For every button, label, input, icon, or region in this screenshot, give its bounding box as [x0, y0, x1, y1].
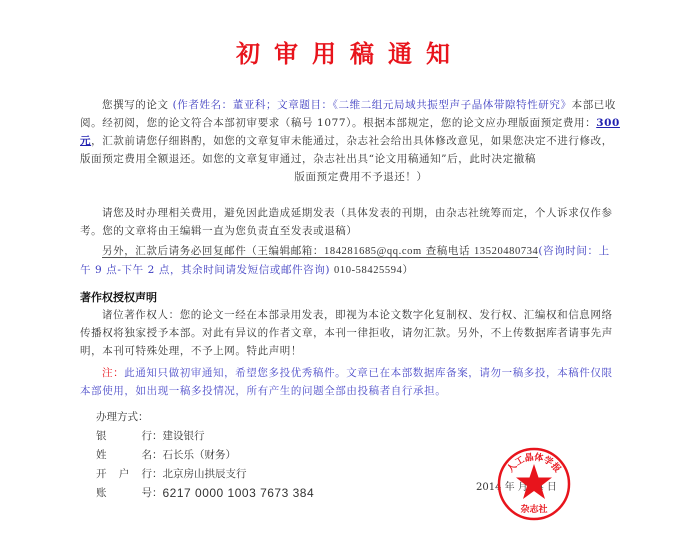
landline: 010-58425594）: [334, 265, 414, 276]
paragraph-contact: 另外，汇款后请务必回复邮件（王编辑邮箱：184281685@qq.com 查稿电…: [80, 242, 620, 280]
note-paragraph: 注：此通知只做初审通知，希望您多投优秀稿件。文章已在本部数据库备案，请勿一稿多投…: [80, 364, 620, 400]
account-holder: 石长乐（财务）: [163, 446, 237, 465]
phone-label: 查稿电话: [426, 245, 470, 257]
seal-bottom-text: 杂志社: [520, 503, 547, 515]
copyright-heading: 著作权授权声明: [80, 289, 157, 305]
paragraph-acceptance: 您撰写的论文 (作者姓名：董亚科；文章题目：《二维二组元局域共振型声子晶体带隙特…: [80, 96, 620, 186]
phone-number: 13520480734: [474, 246, 538, 257]
payment-heading: 办理方式：: [96, 408, 314, 427]
official-seal-icon: 人工晶体学报 杂志社: [496, 446, 572, 522]
note-body: 此通知只做初审通知，希望您多投优秀稿件。文章已在本部数据库备案，请勿一稿多投，本…: [80, 367, 613, 397]
payment-key: 姓名: [96, 446, 152, 465]
page-title: 初审用稿通知: [0, 34, 700, 69]
contact-lead: 另外，汇款后请务必回复邮件（王编辑邮箱：: [102, 245, 324, 257]
payment-row-account: 账号：6217 0000 1003 7673 384: [96, 484, 314, 503]
payment-key: 开户行: [96, 465, 152, 484]
payment-row-name: 姓名：石长乐（财务）: [96, 446, 314, 465]
bank-name: 建设银行: [163, 427, 205, 446]
para1-fee-terms: ，汇款前请您仔细斟酌，如您的文章复审未能通过，杂志社会给出具体修改意见，如果您决…: [80, 135, 613, 165]
para1-lead: 您撰写的论文: [102, 99, 169, 111]
note-label: 注：: [102, 367, 124, 379]
payment-key: 银行: [96, 427, 152, 446]
account-number: 6217 0000 1003 7673 384: [163, 484, 315, 503]
editor-email[interactable]: 184281685@qq.com: [324, 246, 422, 257]
payment-row-bank: 银行：建设银行: [96, 427, 314, 446]
payment-key: 账号: [96, 484, 152, 503]
contact-line: 另外，汇款后请务必回复邮件（王编辑邮箱：184281685@qq.com 查稿电…: [102, 245, 538, 258]
payment-row-branch: 开户行：北京房山拱辰支行: [96, 465, 314, 484]
bank-branch: 北京房山拱辰支行: [163, 465, 247, 484]
paragraph-processing: 请您及时办理相关费用，避免因此造成延期发表（具体发表的刊期，由杂志社统筹而定，个…: [80, 204, 620, 240]
author-info: (作者姓名：董亚科；文章题目：《二维二组元局域共振型声子晶体带隙特性研究》: [173, 99, 572, 111]
payment-info: 办理方式： 银行：建设银行 姓名：石长乐（财务） 开户行：北京房山拱辰支行 账号…: [96, 408, 314, 503]
para1-last-line: 版面预定费用不予退还！）: [80, 168, 620, 186]
copyright-body: 诸位著作权人：您的论文一经在本部录用发表，即视为本论文数字化复制权、发行权、汇编…: [80, 306, 620, 360]
